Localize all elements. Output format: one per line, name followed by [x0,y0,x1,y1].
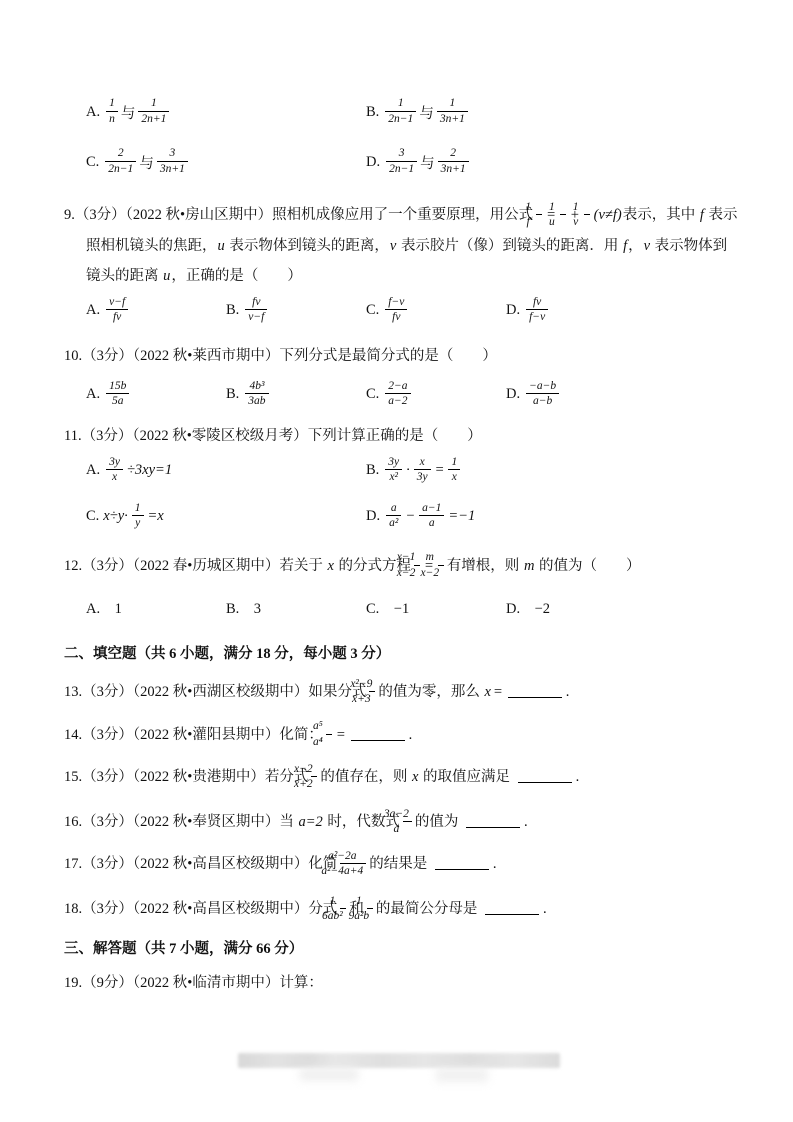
question-17: 17.（3分）（2022 秋•高昌区校级期中）化简a²−2aa²−4a+4的结果… [64,849,741,880]
option-a: A. 1 [86,597,226,618]
text-segment: C. [366,386,379,403]
math-text: = [335,727,347,743]
option-c: C.f−vfv [366,296,506,326]
question11-options-row1: A.3yx÷3xy=1 B.3yx²∙x3y=1x [64,455,741,487]
math-fraction: 12n−1 [385,96,416,126]
text-segment: . [543,901,547,917]
text-segment: D. [366,154,380,171]
math-fraction: x−1x−2 [414,550,420,580]
math-fraction: mx−2 [438,550,444,580]
question-16: 16.（3分）（2022 秋•奉贤区期中）当 a=2 时，代数式3a−2a的值为… [64,807,741,838]
text-segment: ， [628,238,643,254]
question10-options: A.15b5a B.4b³3ab C.2−aa−2 D.−a−ba−b [64,379,741,411]
text-segment: C. −1 [366,597,409,618]
math-fraction: 13n+1 [437,96,468,126]
option-b: B.4b³3ab [226,380,366,410]
option-c: C.2−aa−2 [366,380,506,410]
question11-options-row2: C.x÷y∙1y=x D.aa²−a−1a=−1 [64,501,741,533]
math-text: ∙ [405,462,411,479]
text-segment: 的结果是 [369,856,431,872]
text-segment: 的值为零，那么 [378,684,483,700]
math-text: u [217,238,226,254]
option-a: A.1n与12n+1 [86,97,366,127]
text-segment: 19.（9分）（2022 秋•临清市期中）计算： [64,975,323,991]
math-fraction: 1v [584,200,590,230]
math-text: x [484,684,492,700]
math-fraction: x²−9x+3 [369,677,375,707]
question-14: 14.（3分）（2022 秋•灌阳县期中）化简：a⁵a⁴=. [64,720,741,751]
option-d: D. −2 [506,597,646,618]
watermark-smudge [238,1053,560,1068]
math-fraction: 1y [132,501,144,531]
math-fraction: 1f [536,200,542,230]
section-solve-title: 三、解答题（共 7 小题，满分 66 分） [64,934,741,964]
math-fraction: 23n+1 [438,146,469,176]
text-segment: A. [86,386,100,403]
text-segment: B. [366,462,379,479]
option-b: B.12n−1与13n+1 [366,97,646,127]
math-text: = [434,462,446,479]
text-segment: A. 1 [86,597,122,618]
math-fraction: a⁵a⁴ [326,719,332,749]
answer-blank [518,769,572,783]
text-segment: . [493,856,497,872]
question8-options-row1: A.1n与12n+1 B.12n−1与13n+1 [64,96,741,128]
text-segment: 的最简公分母是 [376,901,481,917]
math-fraction: x3y [414,455,431,485]
math-text: a=2 [297,814,323,830]
text-segment: 18.（3分）（2022 秋•高昌区校级期中）分式 [64,901,337,917]
math-fraction: 1x [448,455,460,485]
answer-blank [485,901,539,915]
text-segment: 9.（3分）（2022 秋•房山区期中）照相机成像应用了一个重要原理，用公式 [64,207,533,223]
exam-page: A.1n与12n+1 B.12n−1与13n+1 C.22n−1与33n+1 D… [0,0,793,1122]
text-segment: . [566,684,570,700]
math-fraction: 22n−1 [105,146,136,176]
text-segment: . [576,769,580,785]
math-text: = [492,684,504,700]
text-segment: 11.（3分）（2022 秋•零陵区校级月考）下列计算正确的是（ ） [64,428,482,444]
math-fraction: v−ffv [106,295,128,325]
text-segment: D. [366,508,380,525]
option-a: A.v−ffv [86,296,226,326]
text-segment: C. [366,302,379,319]
math-fraction: aa² [386,501,401,531]
math-fraction: 1n [106,96,118,126]
text-segment: B. 3 [226,597,261,618]
text-segment: C. [86,154,99,171]
math-fraction: 1u [560,200,566,230]
text-segment: D. −2 [506,597,550,618]
option-a: A.15b5a [86,380,226,410]
math-fraction: 2−aa−2 [385,379,410,409]
math-text: v [643,238,651,254]
math-text: =−1 [447,508,476,525]
answer-blank [466,814,520,828]
question-11: 11.（3分）（2022 秋•零陵区校级月考）下列计算正确的是（ ） [64,421,741,451]
text-segment: 与 [121,102,136,123]
text-segment: D. [506,386,520,403]
math-text: m [523,558,535,574]
math-fraction: a²−2aa²−4a+4 [340,849,366,879]
option-d: D.aa²−a−1a=−1 [366,502,646,532]
math-fraction: 16ab² [340,894,346,924]
math-text: ÷3xy=1 [126,462,173,479]
text-segment: 17.（3分）（2022 秋•高昌区校级期中）化简 [64,856,337,872]
text-segment: 15.（3分）（2022 秋•贵港期中）若分式 [64,769,308,785]
text-segment: A. [86,302,100,319]
option-d: D.fvf−v [506,296,646,326]
text-segment: 的值存在，则 [320,769,411,785]
math-text: − [404,508,416,525]
option-c: C. −1 [366,597,506,618]
text-segment: C. [86,508,99,525]
math-fraction: f−vfv [385,295,407,325]
math-fraction: fvv−f [245,295,267,325]
text-segment: 表示物体到镜头的距离， [226,238,389,254]
text-segment: ，正确的是（ ） [171,268,302,284]
math-fraction: 3yx² [385,455,402,485]
question-18: 18.（3分）（2022 秋•高昌区校级期中）分式16ab²和19a²b的最简公… [64,894,741,925]
question8-options-row2: C.22n−1与33n+1 D.32n−1与23n+1 [64,146,741,178]
question12-options: A. 1 B. 3 C. −1 D. −2 [64,591,741,623]
text-segment: 表示，其中 [623,207,699,223]
math-fraction: 19a²b [367,894,373,924]
text-segment: 与 [139,152,154,173]
question9-options: A.v−ffv B.fvv−f C.f−vfv D.fvf−v [64,295,741,327]
math-fraction: 33n+1 [157,146,188,176]
text-segment: . [524,814,528,830]
question-10: 10.（3分）（2022 秋•莱西市期中）下列分式是最简分式的是（ ） [64,341,741,371]
text-segment: 表示胶片（像）到镜头的距离．用 [397,238,622,254]
option-a: A.3yx÷3xy=1 [86,456,366,486]
question-9: 9.（3分）（2022 秋•房山区期中）照相机成像应用了一个重要原理，用公式1f… [64,200,741,291]
math-text: x÷y∙ [102,508,128,525]
text-segment: 有增根，则 [447,558,523,574]
answer-blank [508,684,562,698]
option-c: C.x÷y∙1y=x [86,502,366,532]
text-segment: 与 [420,152,435,173]
question-19: 19.（9分）（2022 秋•临清市期中）计算： [64,968,741,998]
text-segment: D. [506,302,520,319]
option-d: D.−a−ba−b [506,380,646,410]
text-segment: B. [226,302,239,319]
math-fraction: x−2x+2 [311,762,317,792]
text-segment: B. [366,104,379,121]
math-fraction: 3a−2a [403,807,412,837]
math-fraction: −a−ba−b [526,379,559,409]
math-fraction: 32n−1 [386,146,417,176]
text-segment: 与 [419,102,434,123]
math-fraction: a−1a [419,501,444,531]
text-segment: . [409,727,413,743]
option-b: B.fvv−f [226,296,366,326]
question-13: 13.（3分）（2022 秋•西湖区校级期中）如果分式x²−9x+3的值为零，那… [64,677,741,708]
math-fraction: 3yx [106,455,123,485]
text-segment: A. [86,462,100,479]
text-segment: 的取值应满足 [419,769,513,785]
math-fraction: 4b³3ab [245,379,268,409]
text-segment: 16.（3分）（2022 秋•奉贤区期中）当 [64,814,297,830]
text-segment: 10.（3分）（2022 秋•莱西市期中）下列分式是最简分式的是（ ） [64,348,497,364]
text-segment: A. [86,104,100,121]
math-fraction: 12n+1 [138,96,169,126]
math-fraction: 15b5a [106,379,129,409]
math-text: =x [147,508,165,525]
answer-blank [351,727,405,741]
text-segment: 的值为（ ） [535,558,640,574]
answer-blank [435,856,489,870]
question-12: 12.（3分）（2022 春•历城区期中）若关于 x 的分式方程x−1x−2=m… [64,551,741,582]
option-b: B. 3 [226,597,366,618]
section-fill-in-title: 二、填空题（共 6 小题，满分 18 分，每小题 3 分） [64,639,741,669]
exam-content: A.1n与12n+1 B.12n−1与13n+1 C.22n−1与33n+1 D… [0,0,793,998]
math-text: u [162,268,171,284]
math-fraction: fvf−v [526,295,548,325]
math-text: x [326,558,334,574]
option-d: D.32n−1与23n+1 [366,147,646,177]
text-segment: B. [226,386,239,403]
math-text: (v≠f) [593,207,623,223]
option-c: C.22n−1与33n+1 [86,147,366,177]
text-segment: 的值为 [415,814,462,830]
text-segment: 13.（3分）（2022 秋•西湖区校级期中）如果分式 [64,684,366,700]
text-segment: 14.（3分）（2022 秋•灌阳县期中）化简： [64,727,323,743]
question-15: 15.（3分）（2022 秋•贵港期中）若分式x−2x+2的值存在，则 x 的取… [64,762,741,793]
option-b: B.3yx²∙x3y=1x [366,456,646,486]
text-segment: 12.（3分）（2022 春•历城区期中）若关于 [64,558,326,574]
